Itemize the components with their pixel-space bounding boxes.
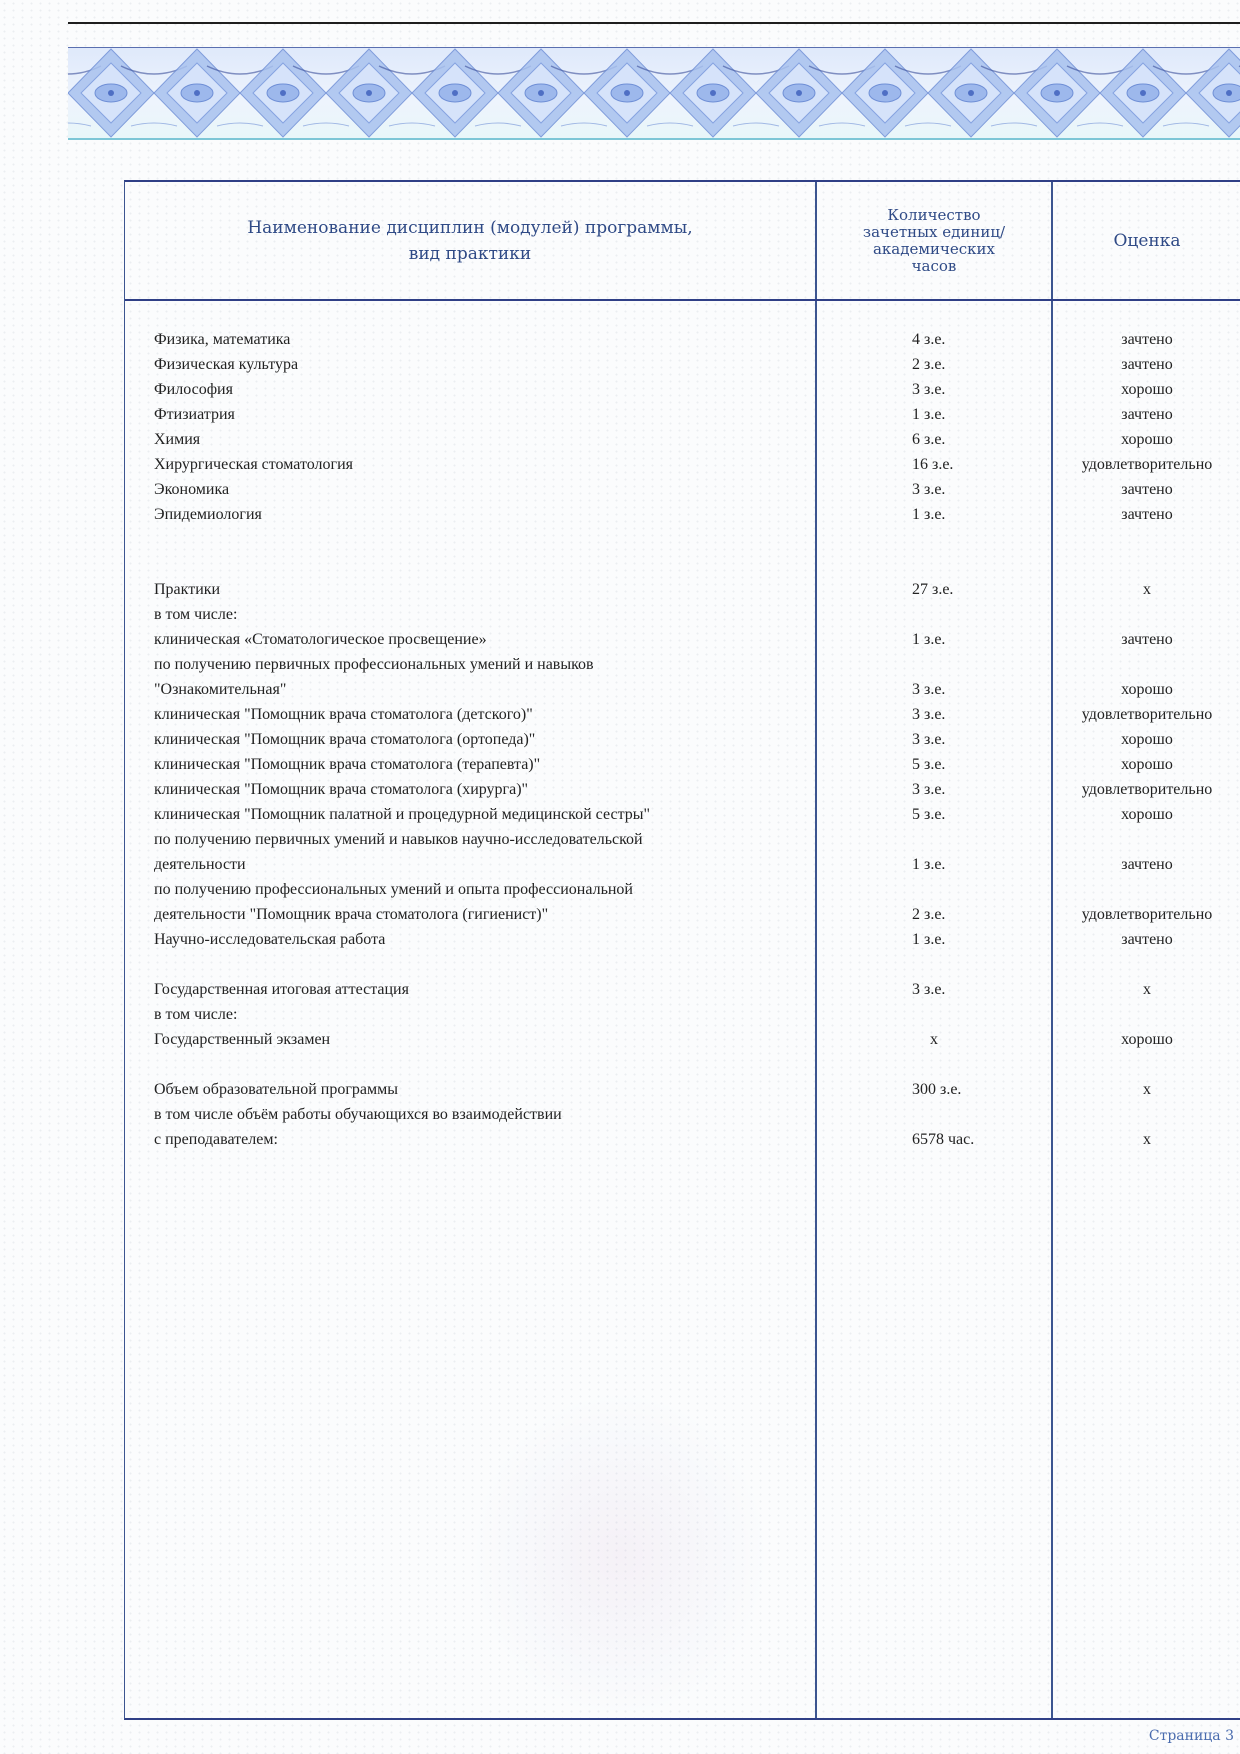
discipline-name: Химия <box>154 427 200 452</box>
table-row: деятельности "Помощник врача стоматолога… <box>125 902 1240 927</box>
header-discipline-line: вид практики <box>247 241 692 267</box>
discipline-name: клиническая "Помощник врача стоматолога … <box>154 702 533 727</box>
table-body: Физика, математика4 з.е.зачтеноФизическа… <box>125 327 1240 1152</box>
discipline-name: Хирургическая стоматология <box>154 452 353 477</box>
table-row: Эпидемиология1 з.е.зачтено <box>125 502 1240 527</box>
table-row: по получению первичных профессиональных … <box>125 652 1240 677</box>
grade-value: зачтено <box>1053 502 1240 527</box>
grade-value: удовлетворительно <box>1053 777 1240 802</box>
table-row: по получению профессиональных умений и о… <box>125 877 1240 902</box>
credits-value: 3 з.е. <box>817 377 1051 402</box>
discipline-name: Научно-исследовательская работа <box>154 927 385 952</box>
header-credits-line: часов <box>863 258 1005 275</box>
discipline-name: Физика, математика <box>154 327 290 352</box>
grade-value: хорошо <box>1053 802 1240 827</box>
credits-value: 3 з.е. <box>817 477 1051 502</box>
credits-value: 3 з.е. <box>817 727 1051 752</box>
table-row: с преподавателем:6578 час.х <box>125 1127 1240 1152</box>
discipline-name: Государственная итоговая аттестация <box>154 977 409 1002</box>
table-row: "Ознакомительная"3 з.е.хорошо <box>125 677 1240 702</box>
header-credits-line: академических <box>863 241 1005 258</box>
credits-value: 300 з.е. <box>817 1077 1051 1102</box>
header-discipline: Наименование дисциплин (модулей) програм… <box>125 182 815 299</box>
table-row: клиническая "Помощник врача стоматолога … <box>125 777 1240 802</box>
credits-value: 4 з.е. <box>817 327 1051 352</box>
header-credits: Количество зачетных единиц/ академически… <box>817 182 1051 299</box>
discipline-name: клиническая "Помощник врача стоматолога … <box>154 752 540 777</box>
discipline-name: Эпидемиология <box>154 502 262 527</box>
grade-value: зачтено <box>1053 852 1240 877</box>
table-row: Хирургическая стоматология16 з.е.удовлет… <box>125 452 1240 477</box>
table-row: Государственная итоговая аттестация3 з.е… <box>125 977 1240 1002</box>
discipline-name: Объем образовательной программы <box>154 1077 398 1102</box>
table-row: клиническая "Помощник врача стоматолога … <box>125 727 1240 752</box>
credits-value: 5 з.е. <box>817 752 1051 777</box>
discipline-name: с преподавателем: <box>154 1127 278 1152</box>
discipline-name: Философия <box>154 377 233 402</box>
table-row: по получению первичных умений и навыков … <box>125 827 1240 852</box>
spacer-row <box>125 952 1240 977</box>
grade-value: удовлетворительно <box>1053 452 1240 477</box>
table-row: в том числе: <box>125 1002 1240 1027</box>
decorative-guilloche-band <box>68 47 1240 140</box>
table-row: Экономика3 з.е.зачтено <box>125 477 1240 502</box>
grade-value: удовлетворительно <box>1053 702 1240 727</box>
discipline-name: "Ознакомительная" <box>154 677 286 702</box>
table-row: Научно-исследовательская работа1 з.е.зач… <box>125 927 1240 952</box>
table-row: Философия3 з.е.хорошо <box>125 377 1240 402</box>
table-row: клиническая «Стоматологическое просвещен… <box>125 627 1240 652</box>
header-credits-line: Количество <box>863 207 1005 224</box>
spacer-row <box>125 527 1240 552</box>
top-rule <box>68 22 1240 24</box>
credits-value: 1 з.е. <box>817 927 1051 952</box>
credits-value: 6578 час. <box>817 1127 1051 1152</box>
grade-value: хорошо <box>1053 1027 1240 1052</box>
table-row: Физическая культура2 з.е.зачтено <box>125 352 1240 377</box>
grade-value: х <box>1053 1077 1240 1102</box>
discipline-name: клиническая "Помощник врача стоматолога … <box>154 727 535 752</box>
credits-value: 1 з.е. <box>817 852 1051 877</box>
discipline-name: по получению профессиональных умений и о… <box>154 877 633 902</box>
table-row: в том числе: <box>125 602 1240 627</box>
grade-value: зачтено <box>1053 927 1240 952</box>
header-grade: Оценка <box>1053 182 1240 299</box>
discipline-name: клиническая "Помощник палатной и процеду… <box>154 802 650 827</box>
credits-value: 2 з.е. <box>817 902 1051 927</box>
table-row: клиническая "Помощник врача стоматолога … <box>125 702 1240 727</box>
discipline-name: Фтизиатрия <box>154 402 235 427</box>
grade-value: зачтено <box>1053 402 1240 427</box>
credits-value: 3 з.е. <box>817 977 1051 1002</box>
table-row: Объем образовательной программы300 з.е.х <box>125 1077 1240 1102</box>
discipline-name: в том числе: <box>154 602 237 627</box>
discipline-name: Практики <box>154 577 220 602</box>
discipline-name: по получению первичных умений и навыков … <box>154 827 643 852</box>
table-row: клиническая "Помощник врача стоматолога … <box>125 752 1240 777</box>
grade-value: хорошо <box>1053 677 1240 702</box>
table-row: Практики27 з.е.х <box>125 577 1240 602</box>
discipline-name: клиническая «Стоматологическое просвещен… <box>154 627 487 652</box>
credits-value: 3 з.е. <box>817 777 1051 802</box>
table-row: клиническая "Помощник палатной и процеду… <box>125 802 1240 827</box>
header-credits-line: зачетных единиц/ <box>863 224 1005 241</box>
credits-value: 1 з.е. <box>817 627 1051 652</box>
table-row: Физика, математика4 з.е.зачтено <box>125 327 1240 352</box>
credits-value: 3 з.е. <box>817 677 1051 702</box>
credits-value: 1 з.е. <box>817 402 1051 427</box>
credits-value: 16 з.е. <box>817 452 1051 477</box>
credits-value: 27 з.е. <box>817 577 1051 602</box>
grade-value: зачтено <box>1053 627 1240 652</box>
grade-value: хорошо <box>1053 427 1240 452</box>
grade-value: зачтено <box>1053 352 1240 377</box>
grade-value: зачтено <box>1053 477 1240 502</box>
grade-value: х <box>1053 1127 1240 1152</box>
table-row: Фтизиатрия1 з.е.зачтено <box>125 402 1240 427</box>
discipline-name: деятельности <box>154 852 246 877</box>
discipline-name: Физическая культура <box>154 352 298 377</box>
grades-table: Наименование дисциплин (модулей) програм… <box>124 180 1240 1720</box>
table-row: деятельности1 з.е.зачтено <box>125 852 1240 877</box>
grade-value: х <box>1053 977 1240 1002</box>
spacer-row <box>125 1052 1240 1077</box>
grade-value: зачтено <box>1053 327 1240 352</box>
grade-value: х <box>1053 577 1240 602</box>
spacer-row <box>125 552 1240 577</box>
grade-value: хорошо <box>1053 727 1240 752</box>
page-footer: Страница 3 <box>1149 1728 1234 1744</box>
credits-value: 2 з.е. <box>817 352 1051 377</box>
discipline-name: клиническая "Помощник врача стоматолога … <box>154 777 528 802</box>
credits-value: х <box>817 1027 1051 1052</box>
discipline-name: Государственный экзамен <box>154 1027 330 1052</box>
discipline-name: деятельности "Помощник врача стоматолога… <box>154 902 548 927</box>
discipline-name: по получению первичных профессиональных … <box>154 652 594 677</box>
grade-value: хорошо <box>1053 752 1240 777</box>
grade-value: хорошо <box>1053 377 1240 402</box>
credits-value: 3 з.е. <box>817 702 1051 727</box>
header-discipline-line: Наименование дисциплин (модулей) програм… <box>247 215 692 241</box>
header-divider <box>125 299 1240 301</box>
discipline-name: Экономика <box>154 477 229 502</box>
table-row: Химия6 з.е.хорошо <box>125 427 1240 452</box>
credits-value: 6 з.е. <box>817 427 1051 452</box>
discipline-name: в том числе объём работы обучающихся во … <box>154 1102 562 1127</box>
credits-value: 5 з.е. <box>817 802 1051 827</box>
grade-value: удовлетворительно <box>1053 902 1240 927</box>
table-row: Государственный экзаменххорошо <box>125 1027 1240 1052</box>
table-row: в том числе объём работы обучающихся во … <box>125 1102 1240 1127</box>
credits-value: 1 з.е. <box>817 502 1051 527</box>
discipline-name: в том числе: <box>154 1002 237 1027</box>
